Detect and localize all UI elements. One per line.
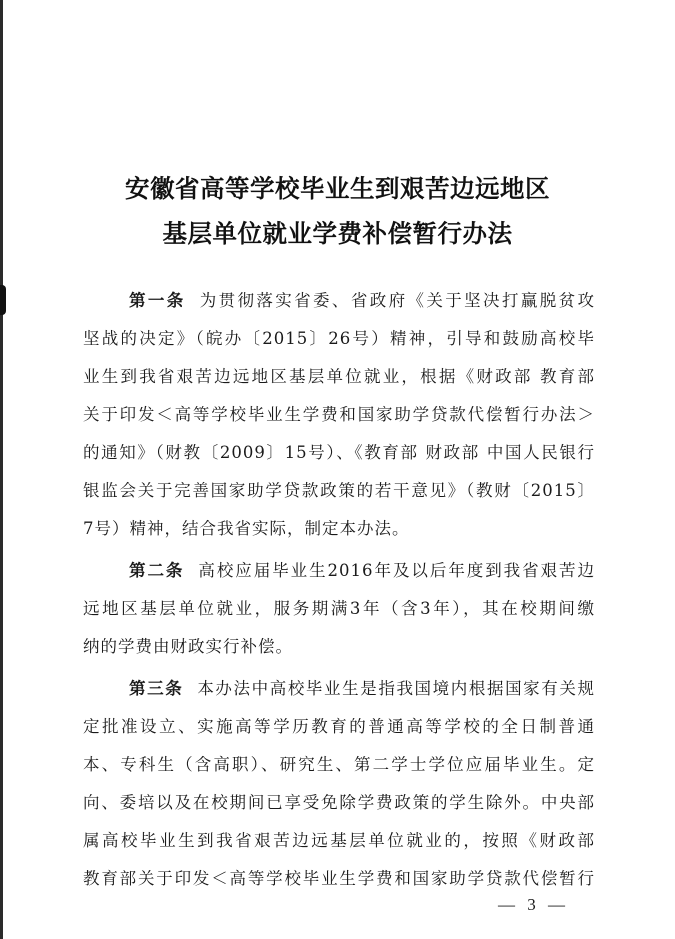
article-3-line-6: 教育部关于印发＜高等学校毕业生学费和国家助学贷款代偿暂行	[83, 865, 595, 895]
article-3-line-5: 属高校毕业生到我省艰苦边远基层单位就业的，按照《财政部	[83, 827, 595, 857]
article-1-line-2: 坚战的决定》（皖办〔2015〕26号）精神，引导和鼓励高校毕	[83, 325, 595, 355]
article-1-line-5: 的通知》（财教〔2009〕15号）、《教育部 财政部 中国人民银行	[83, 439, 595, 469]
article-1-label: 第一条	[129, 291, 186, 310]
article-1-line-3: 业生到我省艰苦边远地区基层单位就业，根据《财政部 教育部	[83, 363, 595, 393]
scan-edge-line	[0, 0, 3, 939]
article-2-line-1: 第二条高校应届毕业生2016年及以后年度到我省艰苦边	[83, 557, 595, 587]
document-title-line-1: 安徽省高等学校毕业生到艰苦边远地区	[0, 170, 675, 205]
article-1-line-1: 第一条为贯彻落实省委、省政府《关于坚决打赢脱贫攻	[83, 287, 595, 317]
page-number: — 3 —	[498, 895, 569, 915]
article-3-label: 第三条	[129, 679, 183, 698]
article-1-line-7: 7号）精神，结合我省实际，制定本办法。	[83, 515, 595, 545]
article-2-line-2: 远地区基层单位就业，服务期满3年（含3年），其在校期间缴	[83, 595, 595, 625]
article-1-line-4: 关于印发＜高等学校毕业生学费和国家助学贷款代偿暂行办法＞	[83, 401, 595, 431]
article-2-label: 第二条	[129, 561, 184, 580]
article-3-line-2: 定批准设立、实施高等学历教育的普通高等学校的全日制普通	[83, 713, 595, 743]
article-2-line-3: 纳的学费由财政实行补偿。	[83, 633, 595, 663]
article-1-line-6: 银监会关于完善国家助学贷款政策的若干意见》（教财〔2015〕	[83, 477, 595, 507]
article-3-line-1: 第三条本办法中高校毕业生是指我国境内根据国家有关规	[83, 675, 595, 705]
scan-edge-mark	[0, 285, 6, 315]
document-title-line-2: 基层单位就业学费补偿暂行办法	[0, 215, 675, 250]
article-3-line-3: 本、专科生（含高职）、研究生、第二学士学位应届毕业生。定	[83, 751, 595, 781]
article-3-line-4: 向、委培以及在校期间已享受免除学费政策的学生除外。中央部	[83, 789, 595, 819]
